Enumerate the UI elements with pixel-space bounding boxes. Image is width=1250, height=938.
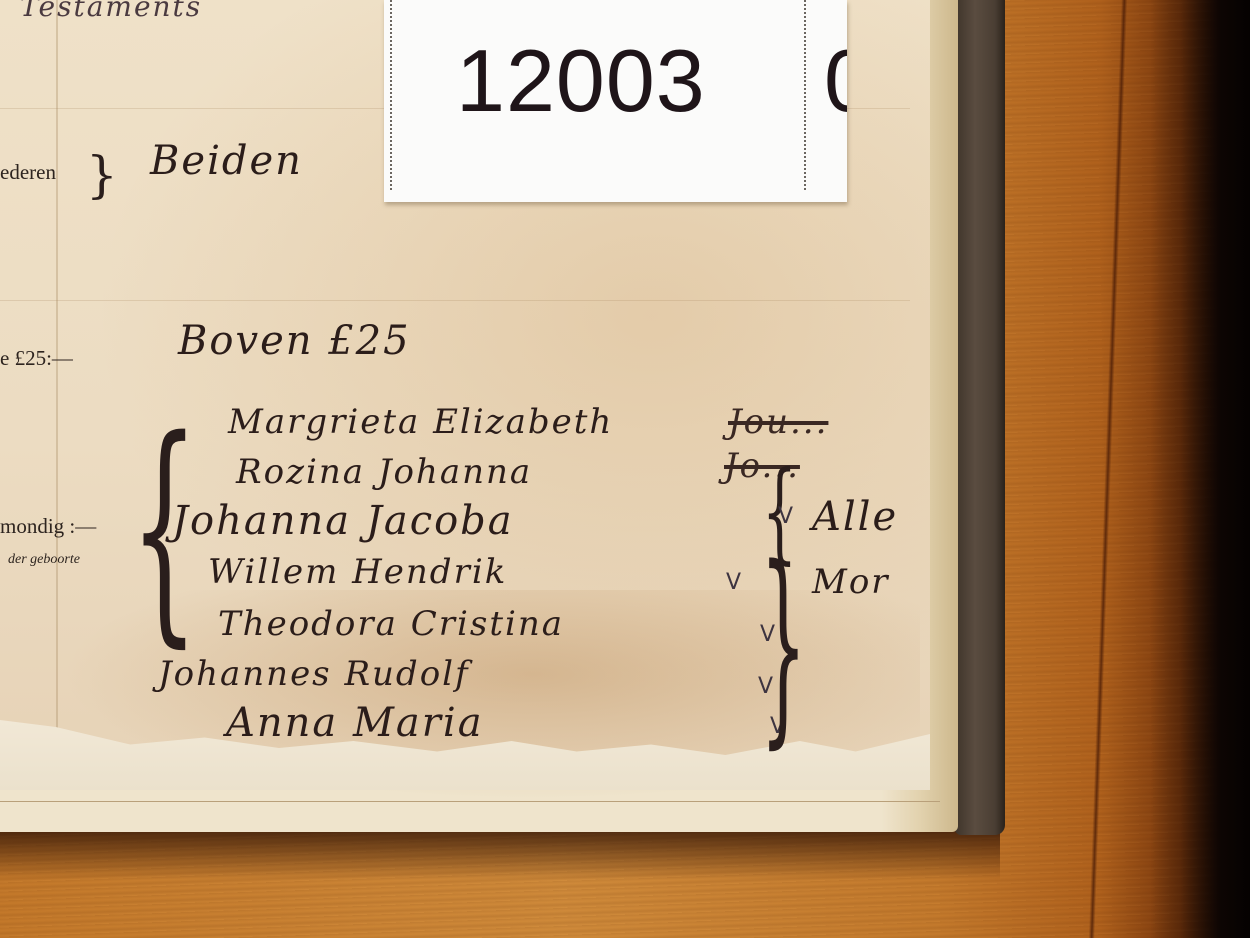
check-mark: V <box>726 570 741 595</box>
perforation-left <box>390 0 392 190</box>
archive-number-label: 12003 0 <box>384 0 847 202</box>
field-label-pound: e £25:— <box>0 346 73 371</box>
field-value-beiden: Beiden <box>150 138 303 184</box>
brace-large-right: } <box>760 540 807 750</box>
child-name: Margrieta Elizabeth <box>228 402 613 442</box>
next-archive-number-cut: 0 <box>824 30 847 132</box>
child-name: Rozina Johanna <box>236 452 532 492</box>
page-fold <box>56 0 58 780</box>
field-sublabel-geboorte: der geboorte <box>8 552 80 568</box>
child-name: Johanna Jacoba <box>172 498 514 544</box>
table-edge-shadow <box>1150 0 1250 938</box>
field-value-boven: Boven £25 <box>178 318 411 364</box>
child-name: Willem Hendrik <box>208 552 507 592</box>
page-edge-line <box>0 801 940 802</box>
book-spine <box>955 0 1005 835</box>
perforation-right <box>804 0 806 190</box>
margin-note-mor: Mor <box>812 562 890 602</box>
field-label-minderjarig: mondig :— <box>0 514 96 539</box>
field-label-broeders: ederen <box>0 160 56 185</box>
brace-small: } <box>86 150 118 200</box>
document-photo: Testaments ederen } Beiden e £25:— Boven… <box>0 0 1250 938</box>
child-name: Theodora Cristina <box>218 604 564 644</box>
child-name: Anna Maria <box>226 700 484 746</box>
archive-number: 12003 <box>456 30 706 132</box>
child-name: Johannes Rudolf <box>158 654 470 694</box>
margin-note-alle: Alle <box>812 494 898 540</box>
header-handwriting-cut: Testaments <box>20 0 202 23</box>
struck-surname: Jou... <box>728 402 828 442</box>
page-rule <box>0 300 910 301</box>
